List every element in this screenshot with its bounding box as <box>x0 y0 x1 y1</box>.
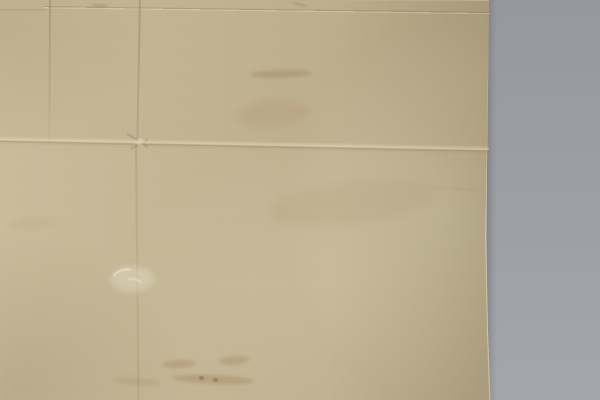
near-edge-faint-crease <box>430 186 486 192</box>
shading-band-diagonal <box>266 172 440 234</box>
bleed-through-layer <box>0 0 600 400</box>
crease-tick-top <box>292 1 308 7</box>
bleed-speck-2 <box>213 378 218 382</box>
bleed-word-a <box>162 359 196 369</box>
crease-blip-h1 <box>92 4 108 8</box>
bleed-line-left <box>113 376 161 386</box>
photo-scene <box>0 0 600 400</box>
bleed-line-upper <box>250 69 312 79</box>
faint-streak-left <box>8 216 61 230</box>
bleed-word-b <box>219 355 250 367</box>
stain-patch <box>235 98 309 131</box>
bleed-speck-1 <box>199 376 204 380</box>
